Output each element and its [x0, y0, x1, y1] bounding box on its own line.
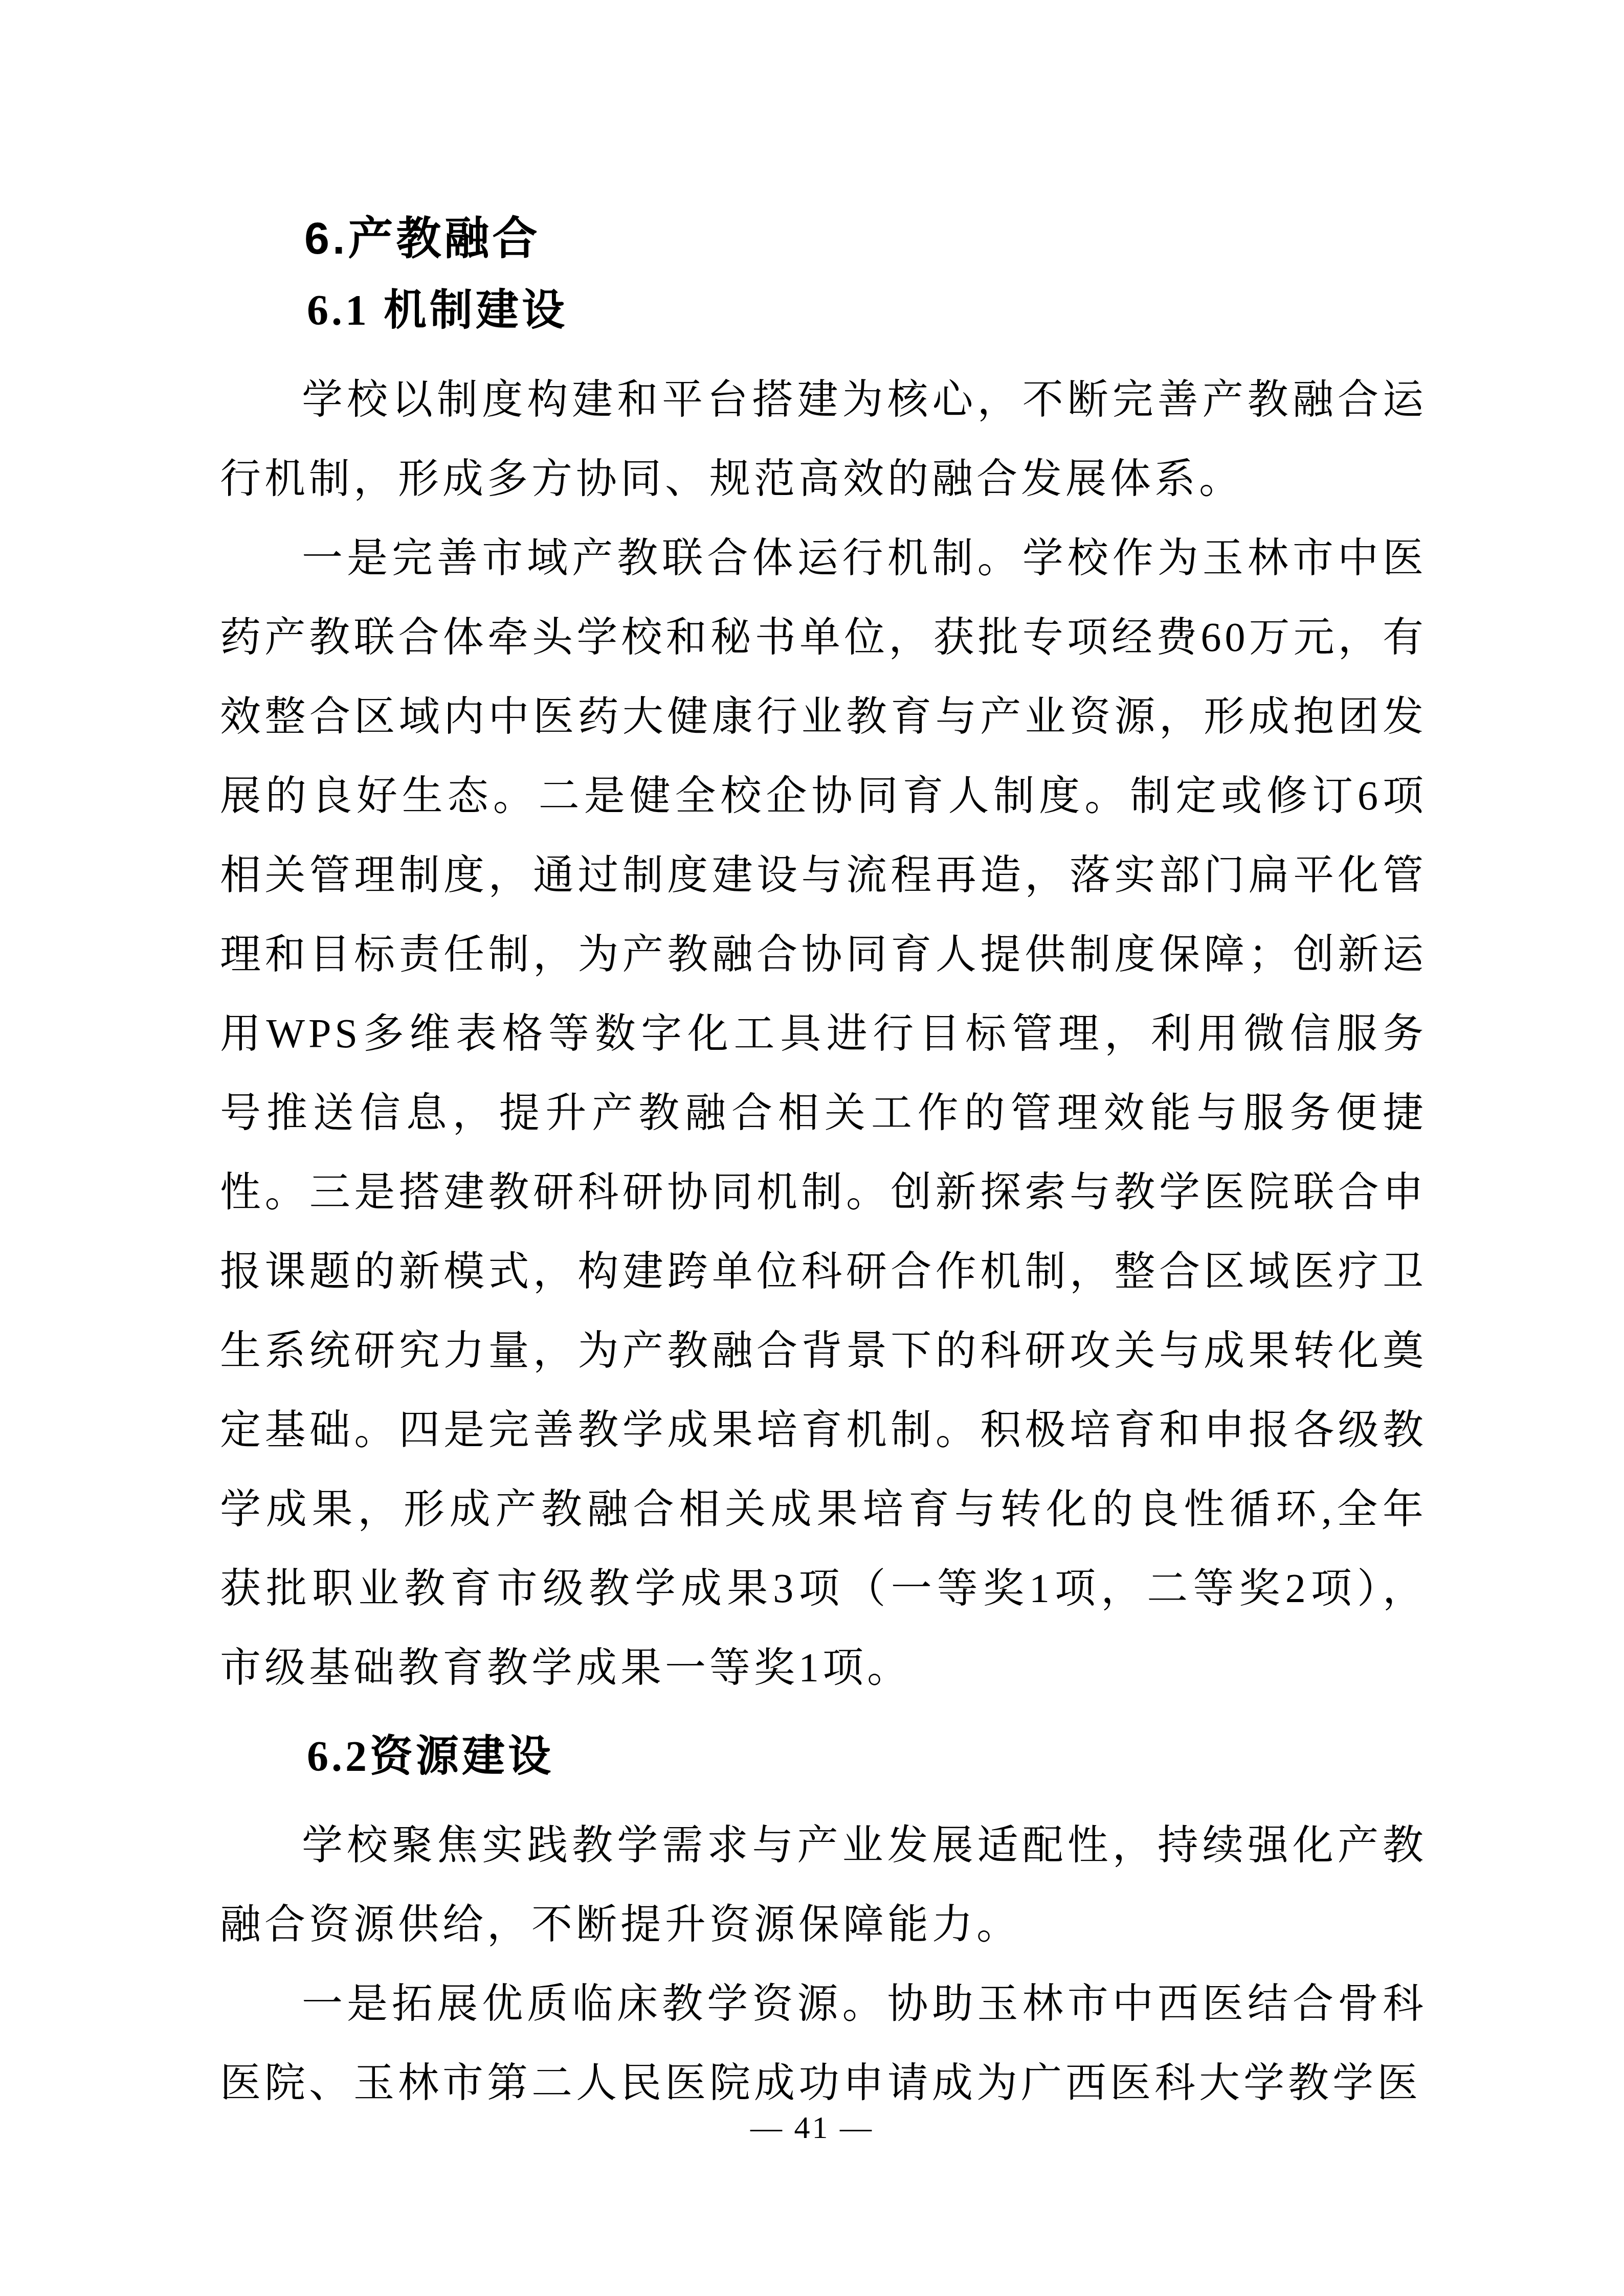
chapter-heading: 6.产教融合 — [304, 215, 1427, 262]
paragraph-resources-intro: 学校聚焦实践教学需求与产业发展适配性，持续强化产教融合资源供给，不断提升资源保障… — [220, 1806, 1427, 1965]
document-page: 6.产教融合 6.1 机制建设 学校以制度构建和平台搭建为核心，不断完善产教融合… — [0, 0, 1624, 2296]
paragraph-mechanism-details: 一是完善市域产教联合体运行机制。学校作为玉林市中医药产教联合体牵头学校和秘书单位… — [220, 519, 1427, 1708]
subsection-heading-6-2: 6.2资源建设 — [307, 1735, 1427, 1780]
subsection-heading-6-1: 6.1 机制建设 — [307, 288, 1427, 333]
paragraph-mechanism-intro: 学校以制度构建和平台搭建为核心，不断完善产教融合运行机制，形成多方协同、规范高效… — [220, 361, 1427, 519]
paragraph-resources-details: 一是拓展优质临床教学资源。协助玉林市中西医结合骨科医院、玉林市第二人民医院成功申… — [220, 1965, 1427, 2123]
page-number: — 41 — — [0, 2112, 1624, 2144]
